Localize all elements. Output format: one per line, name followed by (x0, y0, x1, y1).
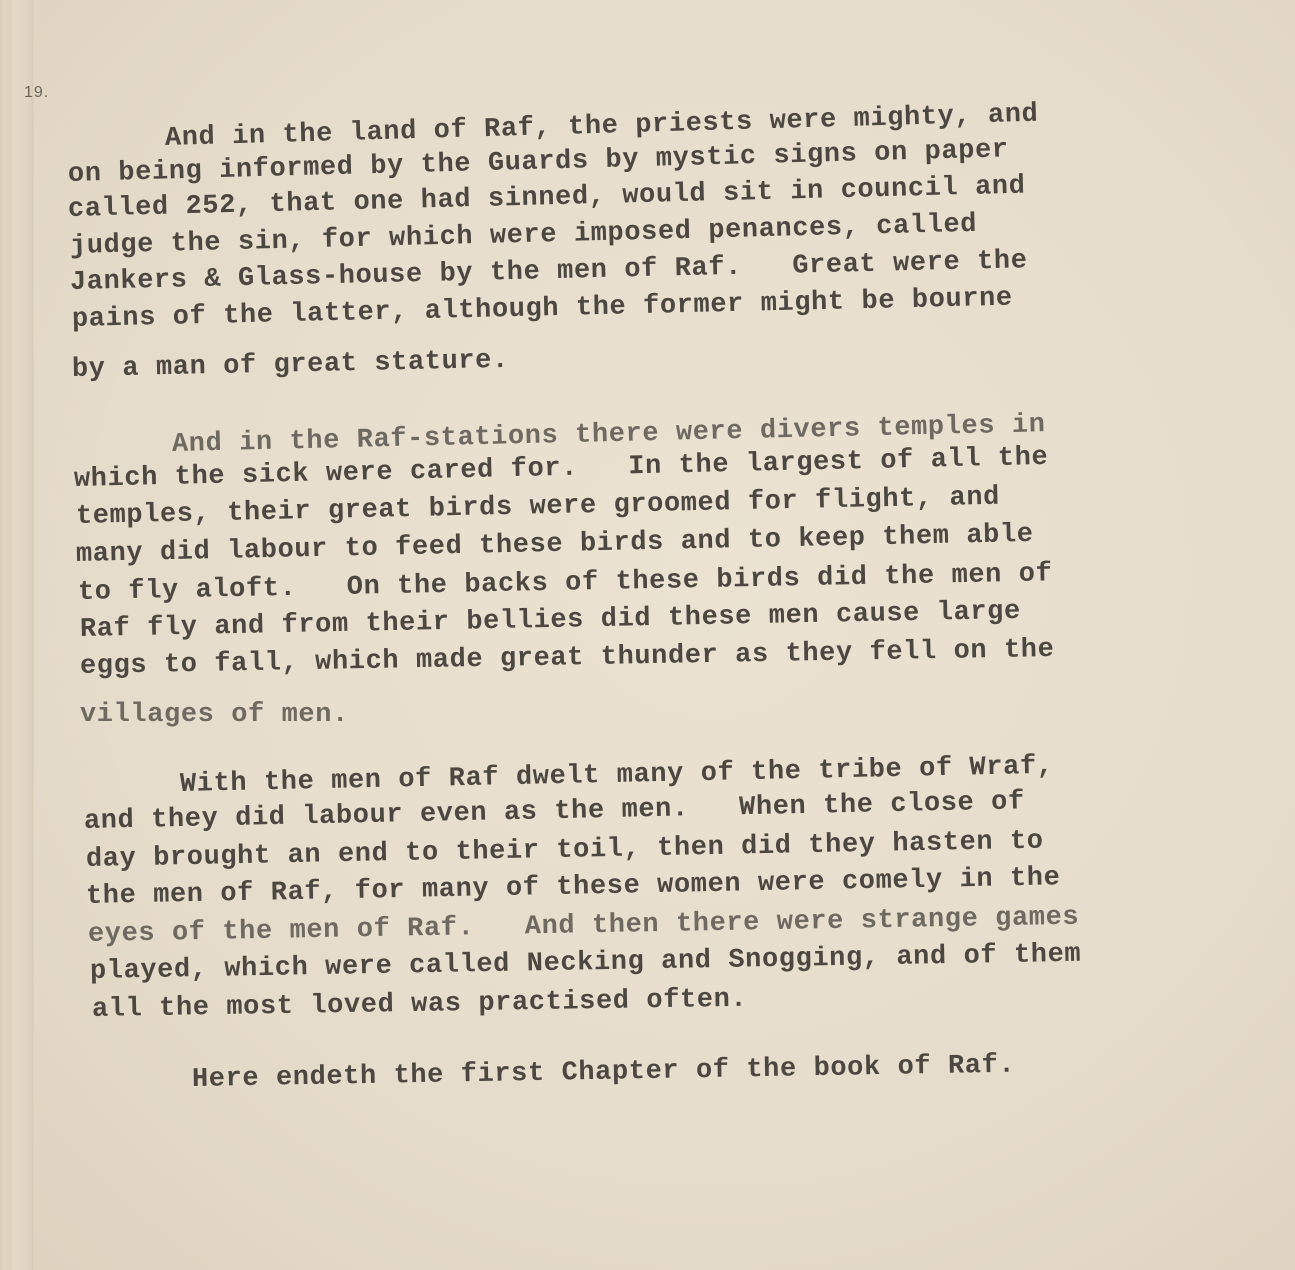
text-line: by a man of great stature. (72, 346, 509, 385)
text-line: villages of men. (80, 700, 349, 730)
closing-line-block: Here endeth the first Chapter of the boo… (0, 0, 67, 90)
closing-line: Here endeth the first Chapter of the boo… (192, 1051, 1016, 1095)
text-line: all the most loved was practised often. (92, 985, 748, 1025)
typewritten-page: 19. And in the land of Raf, the priests … (0, 0, 1295, 1270)
